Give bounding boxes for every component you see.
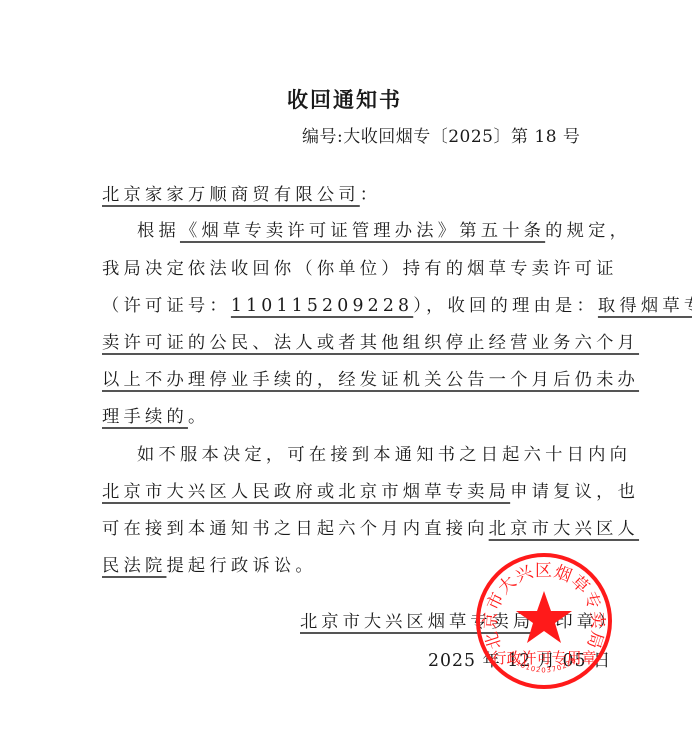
para2-line2: 北京市大兴区人民政府或北京市烟草专卖局申请复议，也 [102, 477, 639, 502]
para2-line3: 可在接到本通知书之日起六个月内直接向北京市大兴区人 [102, 514, 639, 539]
text: 根据 [137, 221, 180, 241]
notice-document: 收回通知书 编号:大收回烟专〔2025〕第 18 号 北京家家万顺商贸有限公司：… [0, 0, 692, 755]
recipient-line: 北京家家万顺商贸有限公司： [102, 180, 381, 205]
colon: ： [360, 185, 381, 205]
court-name: 北京市大兴区人 [489, 519, 639, 539]
para1-line4: 卖许可证的公民、法人或者其他组织停止经营业务六个月 [102, 328, 639, 353]
text: 可在接到本通知书之日起六个月内直接向 [102, 519, 489, 539]
license-number: 110115209228 [231, 296, 413, 316]
text: 提起行政诉讼。 [166, 556, 316, 576]
document-title: 收回通知书 [287, 84, 402, 114]
seal-center-text: 行政许可专用章 [491, 649, 596, 667]
reason-text-end: 理手续的 [102, 407, 188, 427]
para1-line2: 我局决定依法收回你（你单位）持有的烟草专卖许可证 [102, 254, 618, 279]
regulation-reference: 《烟草专卖许可证管理办法》第五十条 [180, 221, 545, 241]
document-number: 编号:大收回烟专〔2025〕第 18 号 [302, 122, 580, 147]
para1-line6: 理手续的。 [102, 402, 209, 427]
para2-line4: 民法院提起行政诉讼。 [102, 551, 317, 576]
para1-line5: 以上不办理停业手续的，经发证机关公告一个月后仍未办 [102, 365, 639, 390]
court-name-end: 民法院 [102, 556, 166, 576]
text: （许可证号： [102, 296, 231, 316]
text: 。 [188, 407, 209, 427]
text: ），收回的理由是： [413, 296, 598, 316]
para1-line1: 根据《烟草专卖许可证管理办法》第五十条的规定， [137, 216, 631, 241]
text: 申请复议，也 [510, 482, 639, 502]
reason-text: 取得烟草专 [598, 296, 692, 316]
text: 的规定， [545, 221, 631, 241]
para1-line3: （许可证号：110115209228），收回的理由是：取得烟草专 [102, 291, 692, 316]
recipient-name: 北京家家万顺商贸有限公司 [102, 185, 360, 205]
para2-line1: 如不服本决定，可在接到本通知书之日起六十日内向 [137, 440, 631, 465]
review-authority: 北京市大兴区人民政府或北京市烟草专卖局 [102, 482, 510, 502]
official-seal-icon: 北京市大兴区烟草专卖局 行政许可专用章 1101020370228 [474, 551, 614, 691]
